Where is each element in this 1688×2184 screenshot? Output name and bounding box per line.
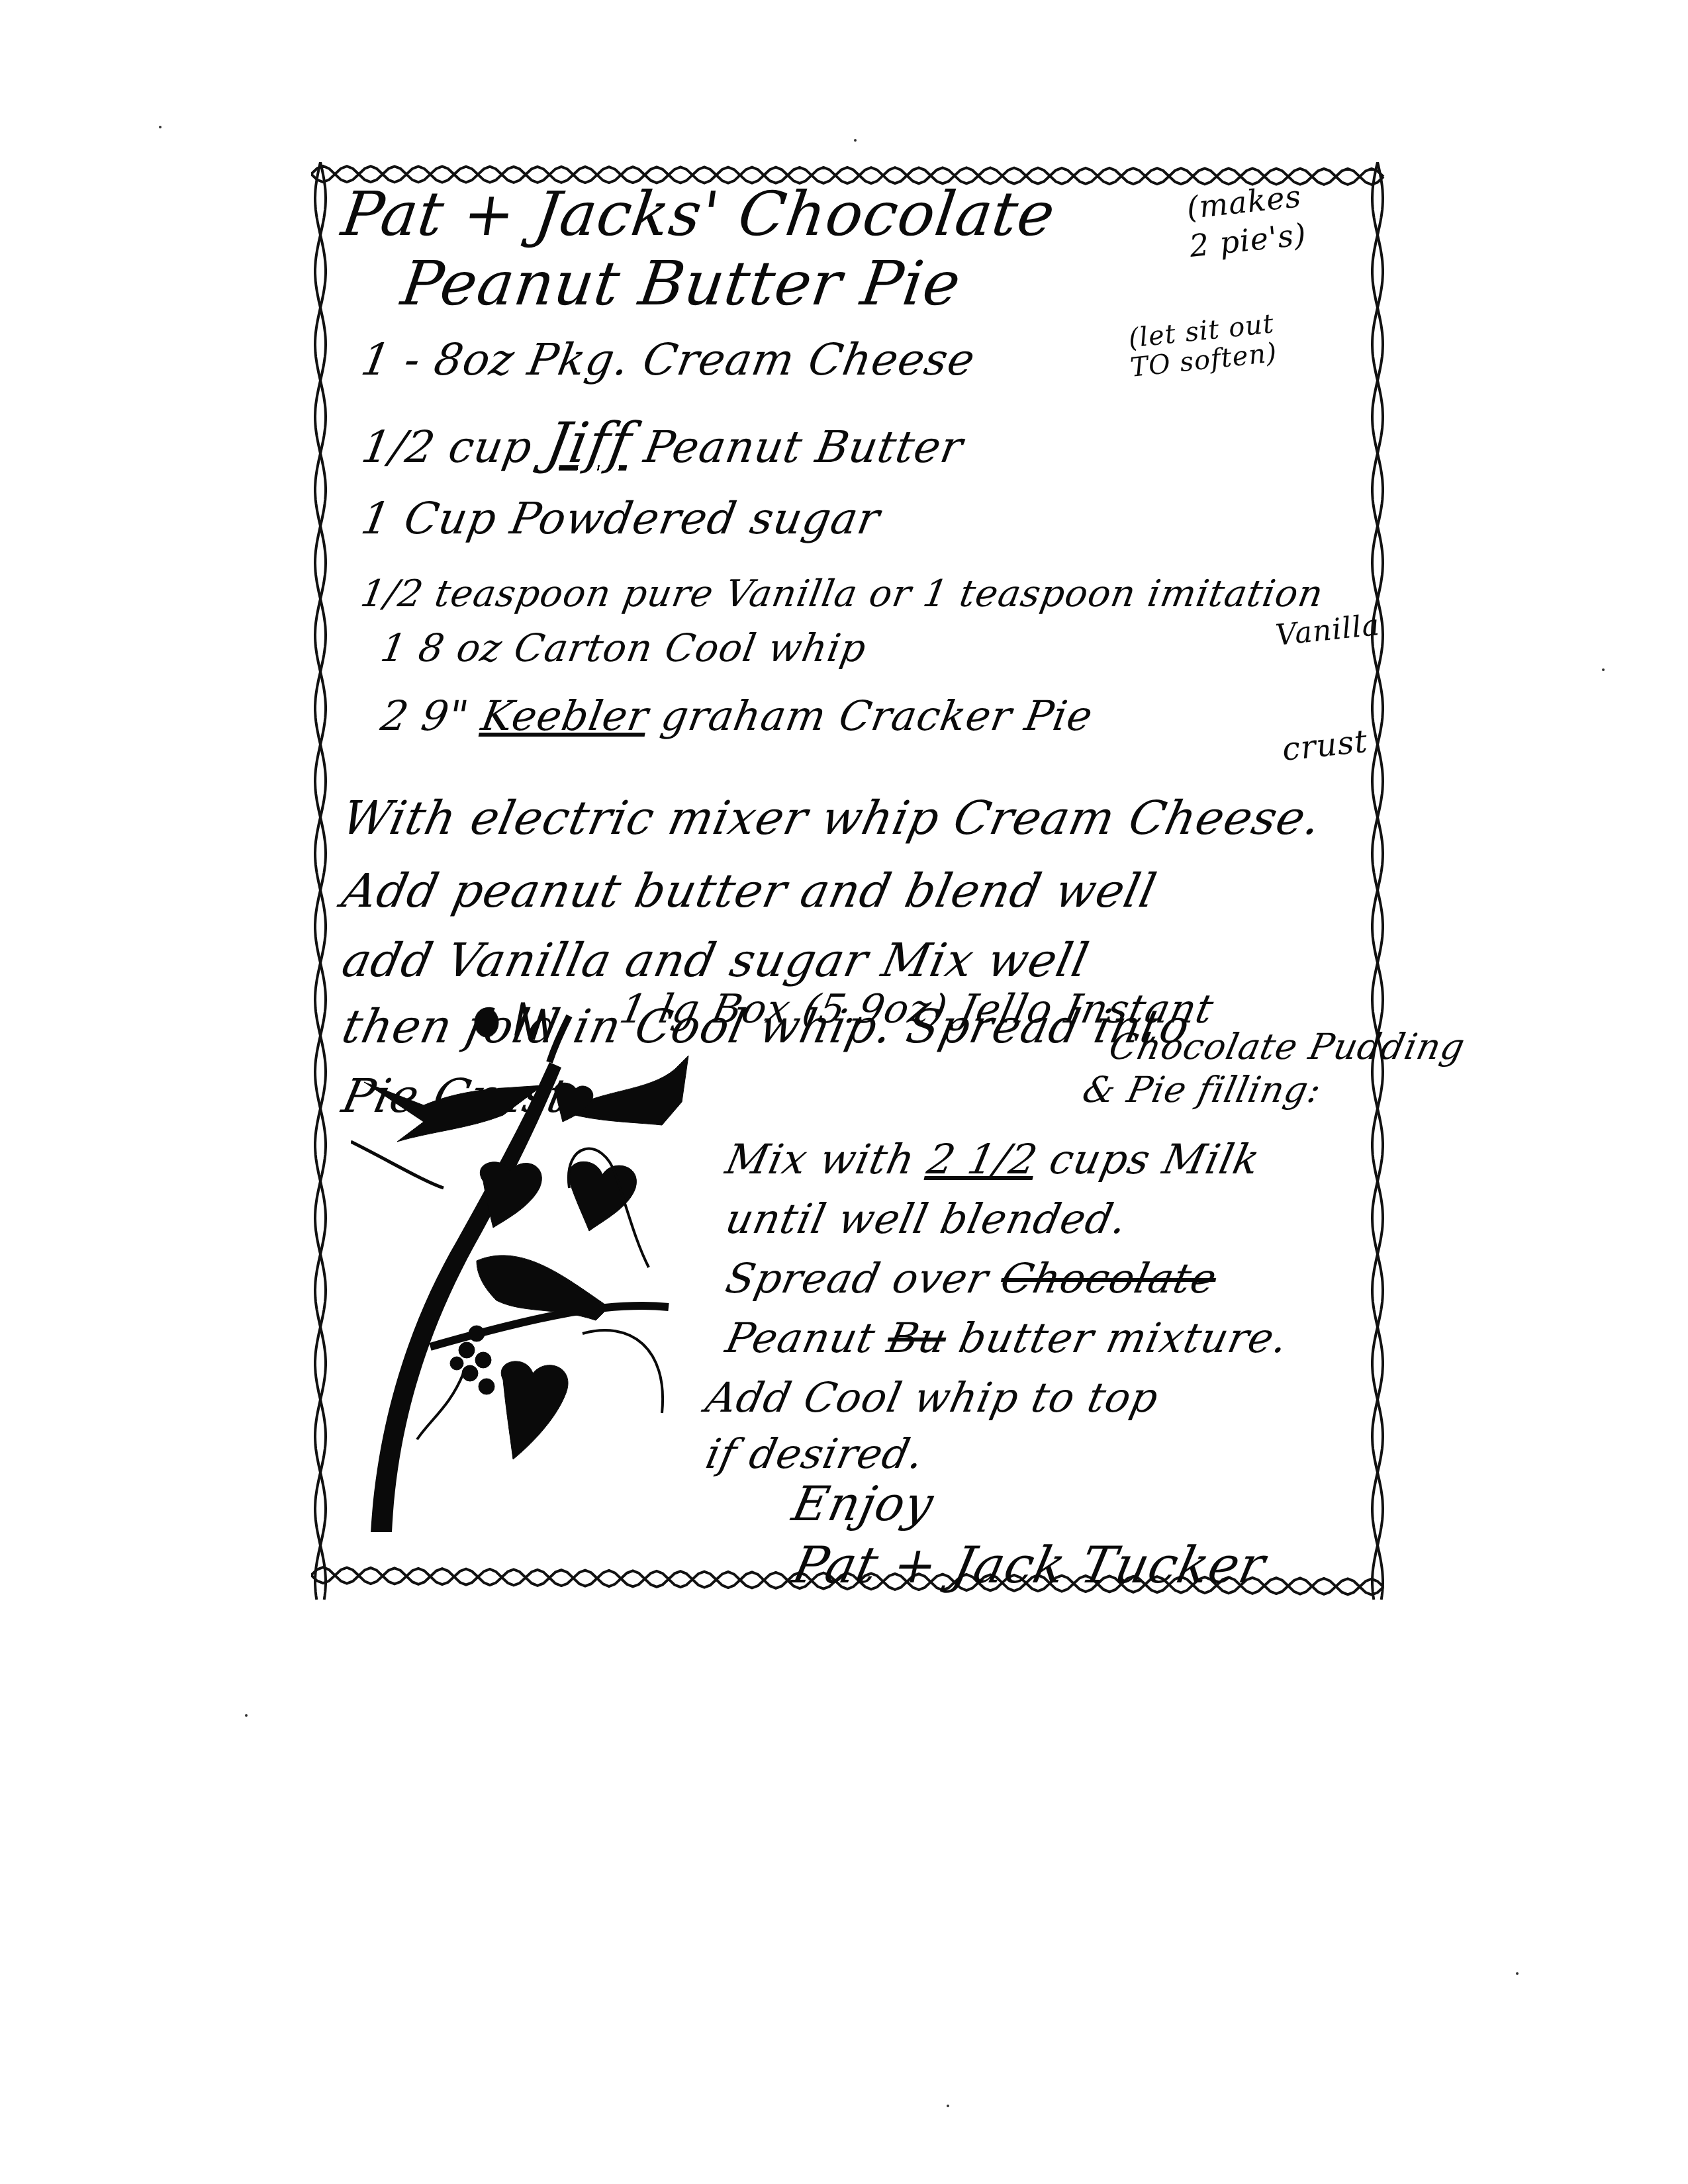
pudding-line-2: Chocolate Pudding <box>1105 1026 1469 1068</box>
bird-vine-illustration <box>351 989 722 1539</box>
title-line-1: Pat + Jacks' Chocolate <box>338 179 1060 250</box>
title-line-2: Peanut Butter Pie <box>397 248 965 319</box>
closing-text: Enjoy <box>788 1476 939 1531</box>
ingredient-vanilla: 1/2 teaspoon pure Vanilla or 1 teaspoon … <box>357 572 1327 615</box>
instruction-line: if desired. <box>702 1430 929 1478</box>
ingredient-cool-whip: 1 8 oz Carton Cool whip <box>377 625 870 670</box>
scan-speck <box>1516 1972 1519 1975</box>
scan-speck <box>854 139 857 142</box>
instruction-line: With electric mixer whip Cream Cheese. <box>338 791 1327 845</box>
ingredient-peanut-butter: 1/2 cup Jiff Peanut Butter <box>357 410 969 475</box>
scan-speck <box>245 1714 248 1717</box>
ingredient-powdered-sugar: 1 Cup Powdered sugar <box>357 493 884 544</box>
instruction-line: Mix with 2 1/2 cups Milk <box>722 1135 1264 1183</box>
yield-note: (makes 2 pie's) <box>1184 177 1309 265</box>
brand-name: Jiff <box>541 410 637 475</box>
scan-speck <box>947 2105 949 2107</box>
struck-word: Chocolate <box>996 1254 1221 1302</box>
instruction-line: add Vanilla and sugar Mix well <box>338 933 1094 987</box>
brand-name: Keebler <box>478 692 653 740</box>
pudding-line-3: & Pie filling: <box>1079 1069 1325 1111</box>
instruction-line: Spread over Chocolate <box>722 1254 1221 1302</box>
instruction-line: until well blended. <box>722 1195 1132 1243</box>
signature: Pat + Jack Tucker <box>788 1535 1271 1594</box>
ingredient-pie-crust: 2 9" Keebler graham Cracker Pie <box>377 692 1097 740</box>
instruction-line: Add Cool whip to top <box>702 1373 1163 1422</box>
instruction-line: Add peanut butter and blend well <box>338 864 1161 918</box>
instruction-line: Peanut Bu butter mixture. <box>722 1314 1293 1362</box>
recipe-card: Pat + Jacks' Chocolate Peanut Butter Pie… <box>311 162 1387 1602</box>
scan-speck <box>1602 668 1605 671</box>
ingredient-cream-cheese: 1 - 8oz Pkg. Cream Cheese <box>357 334 979 385</box>
struck-word: Bu <box>883 1314 951 1362</box>
scan-speck <box>159 126 162 128</box>
